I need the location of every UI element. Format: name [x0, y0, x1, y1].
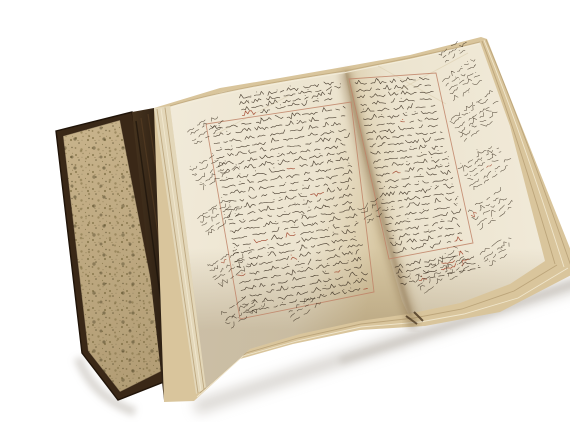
manuscript-photo: Photograph of an open Arabic manuscript …: [40, 16, 570, 422]
gutter-foot-shade: [406, 316, 418, 328]
manuscript-illustration: [40, 16, 570, 422]
